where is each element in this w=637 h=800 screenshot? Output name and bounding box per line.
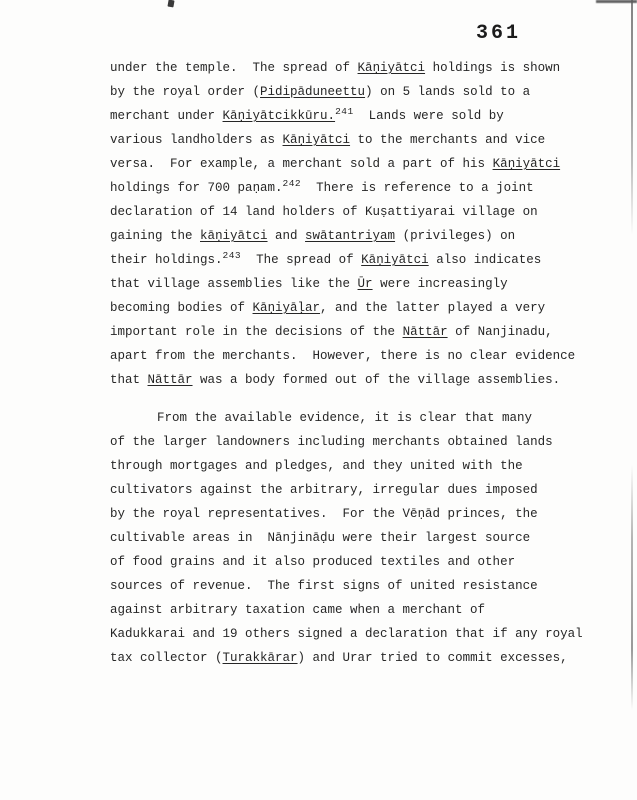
text-segment: to the merchants and vice bbox=[350, 133, 545, 147]
underlined-term: Kāṇiyātci bbox=[361, 253, 429, 267]
underlined-term: Kāṇiyātci bbox=[283, 133, 351, 147]
text-line: declaration of 14 land holders of Kuṣatt… bbox=[110, 200, 600, 224]
text-segment: were increasingly bbox=[373, 277, 508, 291]
page-number: 361 bbox=[476, 22, 521, 45]
text-segment: becoming bodies of bbox=[110, 301, 253, 315]
text-line: versa. For example, a merchant sold a pa… bbox=[110, 152, 600, 176]
text-segment: various landholders as bbox=[110, 133, 283, 147]
underlined-term: Turakkārar bbox=[223, 651, 298, 665]
text-line: by the royal order (Pidipāduneettu) on 5… bbox=[110, 80, 600, 104]
text-line: From the available evidence, it is clear… bbox=[110, 406, 600, 430]
text-line: apart from the merchants. However, there… bbox=[110, 344, 600, 368]
text-segment: declaration of 14 land holders of Kuṣatt… bbox=[110, 205, 538, 219]
text-segment: holdings for 700 paṇam. bbox=[110, 181, 283, 195]
text-segment: important role in the decisions of the bbox=[110, 325, 403, 339]
text-segment: their holdings. bbox=[110, 253, 223, 267]
text-line: through mortgages and pledges, and they … bbox=[110, 454, 600, 478]
text-line: cultivators against the arbitrary, irreg… bbox=[110, 478, 600, 502]
text-segment: through mortgages and pledges, and they … bbox=[110, 459, 523, 473]
paragraph: under the temple. The spread of Kāṇiyātc… bbox=[110, 56, 600, 392]
underlined-term: Kāṇiyātcikkūru. bbox=[223, 109, 336, 123]
underlined-term: Kāṇiyāḷar bbox=[253, 301, 321, 315]
paragraph: From the available evidence, it is clear… bbox=[110, 406, 600, 670]
text-segment: by the royal representatives. For the Vē… bbox=[110, 507, 538, 521]
text-segment: From the available evidence, it is clear… bbox=[157, 411, 532, 425]
text-segment: The spread of bbox=[241, 253, 361, 267]
text-segment: cultivators against the arbitrary, irreg… bbox=[110, 483, 538, 497]
text-segment: Lands were sold by bbox=[354, 109, 504, 123]
text-segment: that bbox=[110, 373, 148, 387]
text-segment: merchant under bbox=[110, 109, 223, 123]
underlined-term: Pidipāduneettu bbox=[260, 85, 365, 99]
text-line: that village assemblies like the Ūr were… bbox=[110, 272, 600, 296]
text-line: Kadukkarai and 19 others signed a declar… bbox=[110, 622, 600, 646]
text-line: by the royal representatives. For the Vē… bbox=[110, 502, 600, 526]
text-segment: sources of revenue. The first signs of u… bbox=[110, 579, 538, 593]
text-line: against arbitrary taxation came when a m… bbox=[110, 598, 600, 622]
text-line: of food grains and it also produced text… bbox=[110, 550, 600, 574]
text-line: cultivable areas in Nānjināḍu were their… bbox=[110, 526, 600, 550]
underlined-term: swātantriyam bbox=[305, 229, 395, 243]
underlined-term: Kāṇiyātci bbox=[493, 157, 561, 171]
text-line: sources of revenue. The first signs of u… bbox=[110, 574, 600, 598]
text-segment: also indicates bbox=[429, 253, 542, 267]
text-segment: ) and Urar tried to commit excesses, bbox=[298, 651, 568, 665]
text-segment: cultivable areas in Nānjināḍu were their… bbox=[110, 531, 530, 545]
text-segment: that village assemblies like the bbox=[110, 277, 358, 291]
underlined-term: Kāṇiyātci bbox=[358, 61, 426, 75]
text-line: of the larger landowners including merch… bbox=[110, 430, 600, 454]
underlined-term: kāṇiyātci bbox=[200, 229, 268, 243]
text-line: that Nāttār was a body formed out of the… bbox=[110, 368, 600, 392]
text-line: tax collector (Turakkārar) and Urar trie… bbox=[110, 646, 600, 670]
text-segment: (privileges) on bbox=[395, 229, 515, 243]
text-segment: versa. For example, a merchant sold a pa… bbox=[110, 157, 493, 171]
text-segment: by the royal order ( bbox=[110, 85, 260, 99]
text-line: becoming bodies of Kāṇiyāḷar, and the la… bbox=[110, 296, 600, 320]
text-segment: of Nanjinadu, bbox=[448, 325, 553, 339]
underlined-term: Nāttār bbox=[403, 325, 448, 339]
text-segment: ) on 5 lands sold to a bbox=[365, 85, 530, 99]
scan-artifact-top-tick bbox=[167, 0, 174, 7]
page-text: under the temple. The spread of Kāṇiyātc… bbox=[110, 56, 600, 670]
text-line: important role in the decisions of the N… bbox=[110, 320, 600, 344]
text-segment: and bbox=[268, 229, 306, 243]
underlined-term: Nāttār bbox=[148, 373, 193, 387]
text-line: under the temple. The spread of Kāṇiyātc… bbox=[110, 56, 600, 80]
scan-artifact-right-line-upper bbox=[631, 0, 633, 235]
text-segment: , and the latter played a very bbox=[320, 301, 545, 315]
text-segment: of food grains and it also produced text… bbox=[110, 555, 515, 569]
text-line: various landholders as Kāṇiyātci to the … bbox=[110, 128, 600, 152]
text-line: gaining the kāṇiyātci and swātantriyam (… bbox=[110, 224, 600, 248]
text-line: merchant under Kāṇiyātcikkūru.241 Lands … bbox=[110, 104, 600, 128]
text-segment: Kadukkarai and 19 others signed a declar… bbox=[110, 627, 583, 641]
text-line: their holdings.243 The spread of Kāṇiyāt… bbox=[110, 248, 600, 272]
document-page: 361 under the temple. The spread of Kāṇi… bbox=[0, 0, 637, 800]
text-segment: was a body formed out of the village ass… bbox=[193, 373, 561, 387]
text-segment: gaining the bbox=[110, 229, 200, 243]
footnote-ref: 243 bbox=[223, 250, 242, 261]
text-segment: holdings is shown bbox=[425, 61, 560, 75]
text-segment: of the larger landowners including merch… bbox=[110, 435, 553, 449]
text-line: holdings for 700 paṇam.242 There is refe… bbox=[110, 176, 600, 200]
footnote-ref: 241 bbox=[335, 106, 354, 117]
underlined-term: Ūr bbox=[358, 277, 373, 291]
text-segment: tax collector ( bbox=[110, 651, 223, 665]
text-segment: against arbitrary taxation came when a m… bbox=[110, 603, 485, 617]
text-segment: apart from the merchants. However, there… bbox=[110, 349, 575, 363]
text-segment: There is reference to a joint bbox=[301, 181, 534, 195]
scan-artifact-right-line-lower bbox=[631, 465, 633, 710]
text-segment: under the temple. The spread of bbox=[110, 61, 358, 75]
footnote-ref: 242 bbox=[283, 178, 302, 189]
